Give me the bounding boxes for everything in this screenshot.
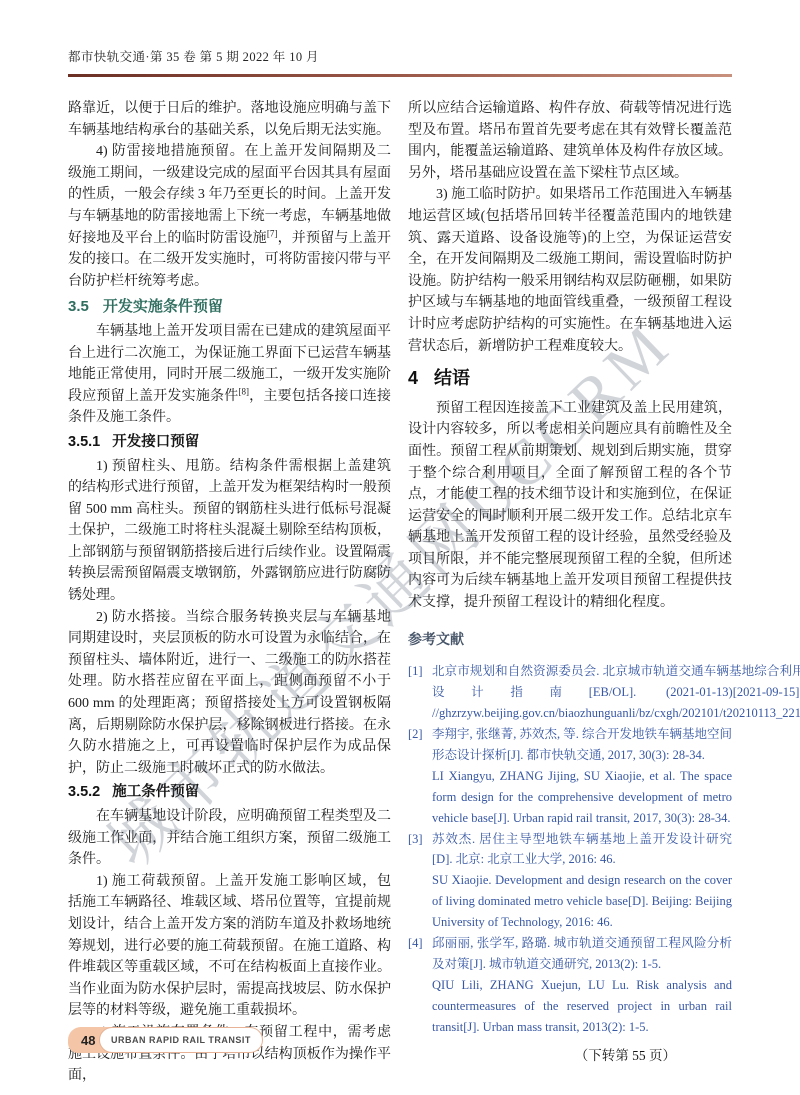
journal-banner: URBAN RAPID RAIL TRANSIT (99, 1027, 263, 1053)
section-title: 施工条件预留 (112, 784, 199, 800)
reference-zh: 北京市规划和自然资源委员会. 北京城市轨道交通车辆基地综合利用项目规划设计指南[… (432, 661, 800, 724)
references-heading: 参考文献 (408, 629, 732, 651)
reference-number: [3] (408, 829, 432, 934)
reference-zh: 李翔宇, 张继菁, 苏效杰, 等. 综合开发地铁车辆基地空间形态设计探析[J].… (432, 724, 732, 766)
section-number: 3.5.1 (68, 434, 100, 450)
reference-item: [4] 邱丽丽, 张学军, 路璐. 城市轨道交通预留工程风险分析及对策[J]. … (408, 933, 732, 1038)
reference-en: LI Xiangyu, ZHANG Jijing, SU Xiaojie, et… (432, 766, 732, 829)
reference-en: QIU Lili, ZHANG Xuejun, LU Lu. Risk anal… (432, 975, 732, 1038)
reference-item: [3] 苏效杰. 居住主导型地铁车辆基地上盖开发设计研究[D]. 北京: 北京工… (408, 829, 732, 934)
paragraph: 预留工程因连接盖下工业建筑及盖上民用建筑，设计内容较多，所以考虑相关问题应具有前… (408, 398, 732, 614)
reference-text: 李翔宇, 张继菁, 苏效杰, 等. 综合开发地铁车辆基地空间形态设计探析[J].… (432, 724, 732, 829)
journal-header: 都市快轨交通·第 35 卷 第 5 期 2022 年 10 月 (68, 47, 732, 65)
continuation-note: （下转第 55 页） (408, 1045, 732, 1067)
section-number: 4 (408, 368, 418, 388)
reference-number: [4] (408, 933, 432, 1038)
paragraph: 车辆基地上盖开发项目需在已建成的建筑屋面平台上进行二次施工，为保证施工界面下已运… (68, 321, 391, 429)
section-title: 开发接口预留 (112, 434, 199, 450)
reference-number: [2] (408, 724, 432, 829)
page-number: 48 (81, 1033, 95, 1048)
reference-item: [1] 北京市规划和自然资源委员会. 北京城市轨道交通车辆基地综合利用项目规划设… (408, 661, 732, 724)
section-heading-4: 4结语 (408, 368, 732, 390)
header-rule (68, 74, 732, 77)
references-list: [1] 北京市规划和自然资源委员会. 北京城市轨道交通车辆基地综合利用项目规划设… (408, 661, 732, 1037)
journal-page: 城市轨道交通网UCCRM 都市快轨交通·第 35 卷 第 5 期 2022 年 … (0, 0, 800, 1095)
paragraph: 4) 防雷接地措施预留。在上盖开发间隔期及二级施工期间，一级建设完成的屋面平台因… (68, 141, 391, 292)
paragraph: 1) 预留柱头、甩筋。结构条件需根据上盖建筑的结构形式进行预留，上盖开发为框架结… (68, 456, 391, 607)
article-body: 路靠近，以便于日后的维护。落地设施应明确与盖下车辆基地结构承台的基础关系，以免后… (68, 98, 732, 1087)
citation-superscript: [7] (267, 228, 278, 238)
section-heading-3-5-1: 3.5.1开发接口预留 (68, 432, 391, 454)
reference-en: SU Xiaojie. Development and design resea… (432, 870, 732, 933)
reference-text: 苏效杰. 居住主导型地铁车辆基地上盖开发设计研究[D]. 北京: 北京工业大学,… (432, 829, 732, 934)
paragraph: 路靠近，以便于日后的维护。落地设施应明确与盖下车辆基地结构承台的基础关系，以免后… (68, 98, 391, 141)
section-title: 结语 (434, 368, 470, 388)
section-heading-3-5: 3.5开发实施条件预留 (68, 296, 391, 318)
paragraph: 1) 施工荷载预留。上盖开发施工影响区域，包括施工车辆路径、堆载区域、塔吊位置等… (68, 871, 391, 1022)
section-title: 开发实施条件预留 (103, 298, 223, 315)
paragraph: 所以应结合运输道路、构件存放、荷载等情况进行选型及布置。塔吊布置首先要考虑在其有… (408, 98, 732, 184)
citation-superscript: [8] (238, 386, 249, 396)
right-column: 所以应结合运输道路、构件存放、荷载等情况进行选型及布置。塔吊布置首先要考虑在其有… (408, 98, 732, 1087)
section-heading-3-5-2: 3.5.2施工条件预留 (68, 782, 391, 804)
section-number: 3.5 (68, 298, 89, 315)
reference-zh: 邱丽丽, 张学军, 路璐. 城市轨道交通预留工程风险分析及对策[J]. 城市轨道… (432, 933, 732, 975)
reference-item: [2] 李翔宇, 张继菁, 苏效杰, 等. 综合开发地铁车辆基地空间形态设计探析… (408, 724, 732, 829)
section-number: 3.5.2 (68, 784, 100, 800)
paragraph: 在车辆基地设计阶段，应明确预留工程类型及二级施工作业面，并结合施工组织方案，预留… (68, 806, 391, 871)
reference-text: 邱丽丽, 张学军, 路璐. 城市轨道交通预留工程风险分析及对策[J]. 城市轨道… (432, 933, 732, 1038)
reference-zh: 苏效杰. 居住主导型地铁车辆基地上盖开发设计研究[D]. 北京: 北京工业大学,… (432, 829, 732, 871)
paragraph: 2) 防水搭接。当综合服务转换夹层与车辆基地同期建设时，夹层顶板的防水可设置为永… (68, 607, 391, 780)
reference-number: [1] (408, 661, 432, 724)
reference-text: 北京市规划和自然资源委员会. 北京城市轨道交通车辆基地综合利用项目规划设计指南[… (432, 661, 800, 724)
left-column: 路靠近，以便于日后的维护。落地设施应明确与盖下车辆基地结构承台的基础关系，以免后… (68, 98, 391, 1087)
paragraph: 3) 施工临时防护。如果塔吊工作范围进入车辆基地运营区域(包括塔吊回转半径覆盖范… (408, 184, 732, 357)
